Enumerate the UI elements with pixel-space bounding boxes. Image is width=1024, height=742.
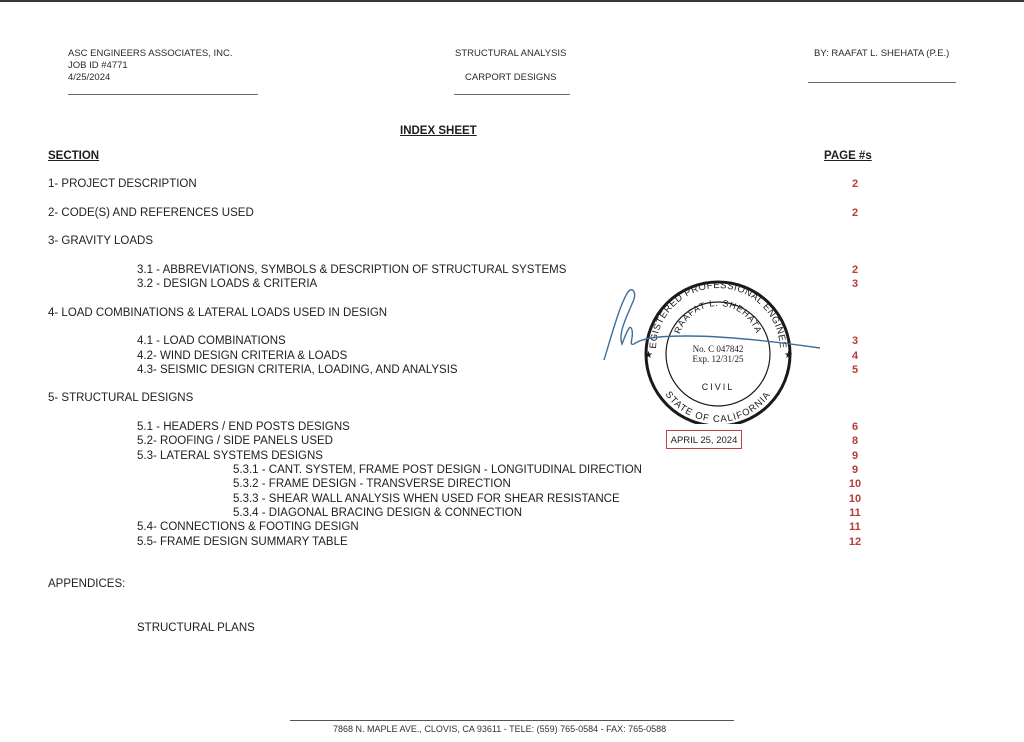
entry-page-number: 6	[845, 420, 865, 435]
entry-page-number: 11	[845, 520, 865, 535]
header-right-rule	[808, 82, 956, 83]
entry-page-number: 10	[845, 492, 865, 507]
entry-page-number: 11	[845, 506, 865, 521]
section-column-header: SECTION	[48, 150, 99, 162]
entry-label: 4.3- SEISMIC DESIGN CRITERIA, LOADING, A…	[137, 363, 458, 378]
entry-page-number: 8	[845, 434, 865, 449]
footer-address: 7868 N. MAPLE AVE., CLOVIS, CA 93611 - T…	[333, 724, 666, 734]
entry-page-number: 9	[845, 463, 865, 478]
page-column-header: PAGE #s	[824, 150, 872, 162]
entry-page-number: 3	[845, 334, 865, 349]
entry-label: 3.1 - ABBREVIATIONS, SYMBOLS & DESCRIPTI…	[137, 263, 566, 278]
header-center-rule	[454, 94, 570, 95]
header-date: 4/25/2024	[68, 72, 233, 84]
entry-label: 5.3.3 - SHEAR WALL ANALYSIS WHEN USED FO…	[233, 492, 620, 507]
entry-label: 3.2 - DESIGN LOADS & CRITERIA	[137, 277, 317, 292]
appendices-label: APPENDICES:	[48, 577, 125, 592]
appendix-item: STRUCTURAL PLANS	[137, 621, 255, 636]
entry-label: 5.4- CONNECTIONS & FOOTING DESIGN	[137, 520, 359, 535]
entry-page-number: 5	[845, 363, 865, 378]
entry-page-number: 9	[845, 449, 865, 464]
entry-label: 4.2- WIND DESIGN CRITERIA & LOADS	[137, 349, 347, 364]
project-name: CARPORT DESIGNS	[465, 72, 557, 84]
header-left-rule	[68, 94, 258, 95]
stamp-seal-icon: REGISTERED PROFESSIONAL ENGINEER RAAFAT …	[598, 274, 828, 424]
entry-label: 5.3.2 - FRAME DESIGN - TRANSVERSE DIRECT…	[233, 477, 511, 492]
svg-text:No. C 047842: No. C 047842	[693, 344, 744, 354]
footer-rule	[290, 720, 734, 721]
entry-label: 5.1 - HEADERS / END POSTS DESIGNS	[137, 420, 350, 435]
entry-page-number: 3	[845, 277, 865, 292]
stamp-date: APRIL 25, 2024	[666, 430, 742, 449]
entry-label: 3- GRAVITY LOADS	[48, 234, 153, 249]
header-left: ASC ENGINEERS ASSOCIATES, INC. JOB ID #4…	[68, 48, 233, 84]
svg-text:RAAFAT L. SHEHATA: RAAFAT L. SHEHATA	[672, 298, 764, 335]
entry-page-number: 12	[845, 535, 865, 550]
entry-label: 4.1 - LOAD COMBINATIONS	[137, 334, 286, 349]
svg-text:★: ★	[784, 350, 793, 361]
svg-text:Exp. 12/31/25: Exp. 12/31/25	[693, 354, 744, 364]
entry-label: 5- STRUCTURAL DESIGNS	[48, 391, 193, 406]
doc-type: STRUCTURAL ANALYSIS	[455, 48, 566, 60]
entry-label: 2- CODE(S) AND REFERENCES USED	[48, 206, 254, 221]
entry-page-number: 10	[845, 477, 865, 492]
svg-text:★: ★	[644, 350, 653, 361]
engineer-stamp: REGISTERED PROFESSIONAL ENGINEER RAAFAT …	[598, 274, 828, 424]
entry-page-number: 4	[845, 349, 865, 364]
entry-page-number: 2	[845, 206, 865, 221]
author: BY: RAAFAT L. SHEHATA (P.E.)	[814, 48, 949, 60]
entry-label: 5.3.1 - CANT. SYSTEM, FRAME POST DESIGN …	[233, 463, 642, 478]
job-id: JOB ID #4771	[68, 60, 233, 72]
entry-page-number: 2	[845, 177, 865, 192]
top-border	[0, 0, 1024, 2]
entry-label: 5.3- LATERAL SYSTEMS DESIGNS	[137, 449, 323, 464]
entry-page-number: 2	[845, 263, 865, 278]
index-title: INDEX SHEET	[400, 125, 477, 137]
company-name: ASC ENGINEERS ASSOCIATES, INC.	[68, 48, 233, 60]
svg-text:CIVIL: CIVIL	[702, 382, 735, 392]
entry-label: 4- LOAD COMBINATIONS & LATERAL LOADS USE…	[48, 306, 387, 321]
svg-text:STATE OF CALIFORNIA: STATE OF CALIFORNIA	[663, 389, 773, 424]
entry-label: 5.2- ROOFING / SIDE PANELS USED	[137, 434, 333, 449]
entry-label: 5.3.4 - DIAGONAL BRACING DESIGN & CONNEC…	[233, 506, 522, 521]
entry-label: 1- PROJECT DESCRIPTION	[48, 177, 197, 192]
entry-label: 5.5- FRAME DESIGN SUMMARY TABLE	[137, 535, 348, 550]
